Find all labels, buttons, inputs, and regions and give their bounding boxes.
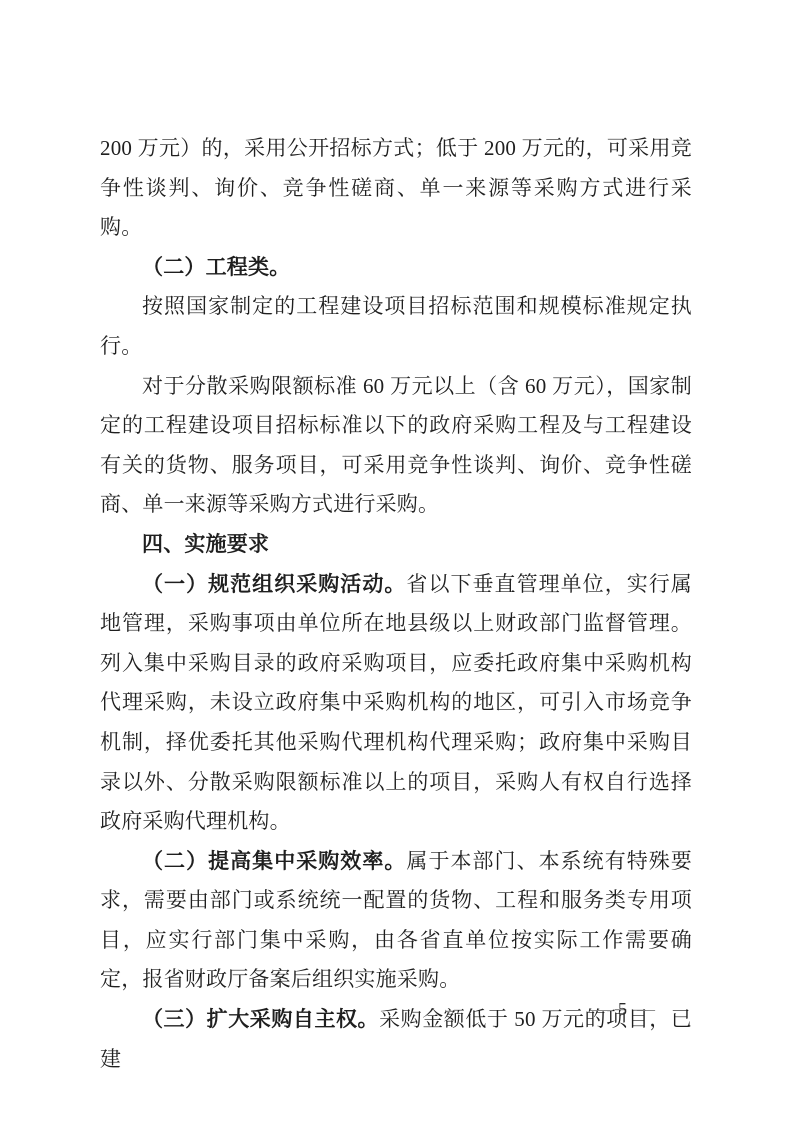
document-body: 200 万元）的，采用公开招标方式；低于 200 万元的，可采用竞争性谈判、询价…	[100, 129, 692, 1079]
paragraph: 按照国家制定的工程建设项目招标范围和规模标准规定执行。	[100, 287, 692, 366]
paragraph: 200 万元）的，采用公开招标方式；低于 200 万元的，可采用竞争性谈判、询价…	[100, 129, 692, 248]
paragraph: （二）提高集中采购效率。属于本部门、本系统有特殊要求，需要由部门或系统统一配置的…	[100, 842, 692, 1000]
text-run-bold: 四、实施要求	[142, 533, 269, 556]
text-run: 省以下垂直管理单位，实行属地管理，采购事项由单位所在地县级以上财政部门监督管理。…	[100, 572, 692, 834]
text-run-bold: （二）提高集中采购效率。	[142, 849, 406, 873]
text-run-bold: （三）扩大采购自主权。	[142, 1007, 379, 1031]
paragraph: （一）规范组织采购活动。省以下垂直管理单位，实行属地管理，采购事项由单位所在地县…	[100, 565, 692, 842]
text-run: 对于分散采购限额标准 60 万元以上（含 60 万元），国家制定的工程建设项目招…	[100, 374, 692, 517]
section-heading: 四、实施要求	[100, 525, 692, 565]
paragraph: 对于分散采购限额标准 60 万元以上（含 60 万元），国家制定的工程建设项目招…	[100, 367, 692, 525]
document-page: 200 万元）的，采用公开招标方式；低于 200 万元的，可采用竞争性谈判、询价…	[0, 0, 793, 1122]
text-run: 200 万元）的，采用公开招标方式；低于 200 万元的，可采用竞争性谈判、询价…	[100, 136, 692, 239]
page-number: 5	[618, 999, 627, 1019]
text-run-bold: （二）工程类。	[142, 255, 290, 279]
footer-dash-left: —	[590, 999, 608, 1019]
paragraph: （二）工程类。	[100, 248, 692, 288]
footer-dash-right: —	[637, 999, 655, 1019]
text-run: 按照国家制定的工程建设项目招标范围和规模标准规定执行。	[100, 294, 692, 358]
page-footer: —5—	[580, 998, 665, 1020]
text-run-bold: （一）规范组织采购活动。	[142, 572, 406, 596]
